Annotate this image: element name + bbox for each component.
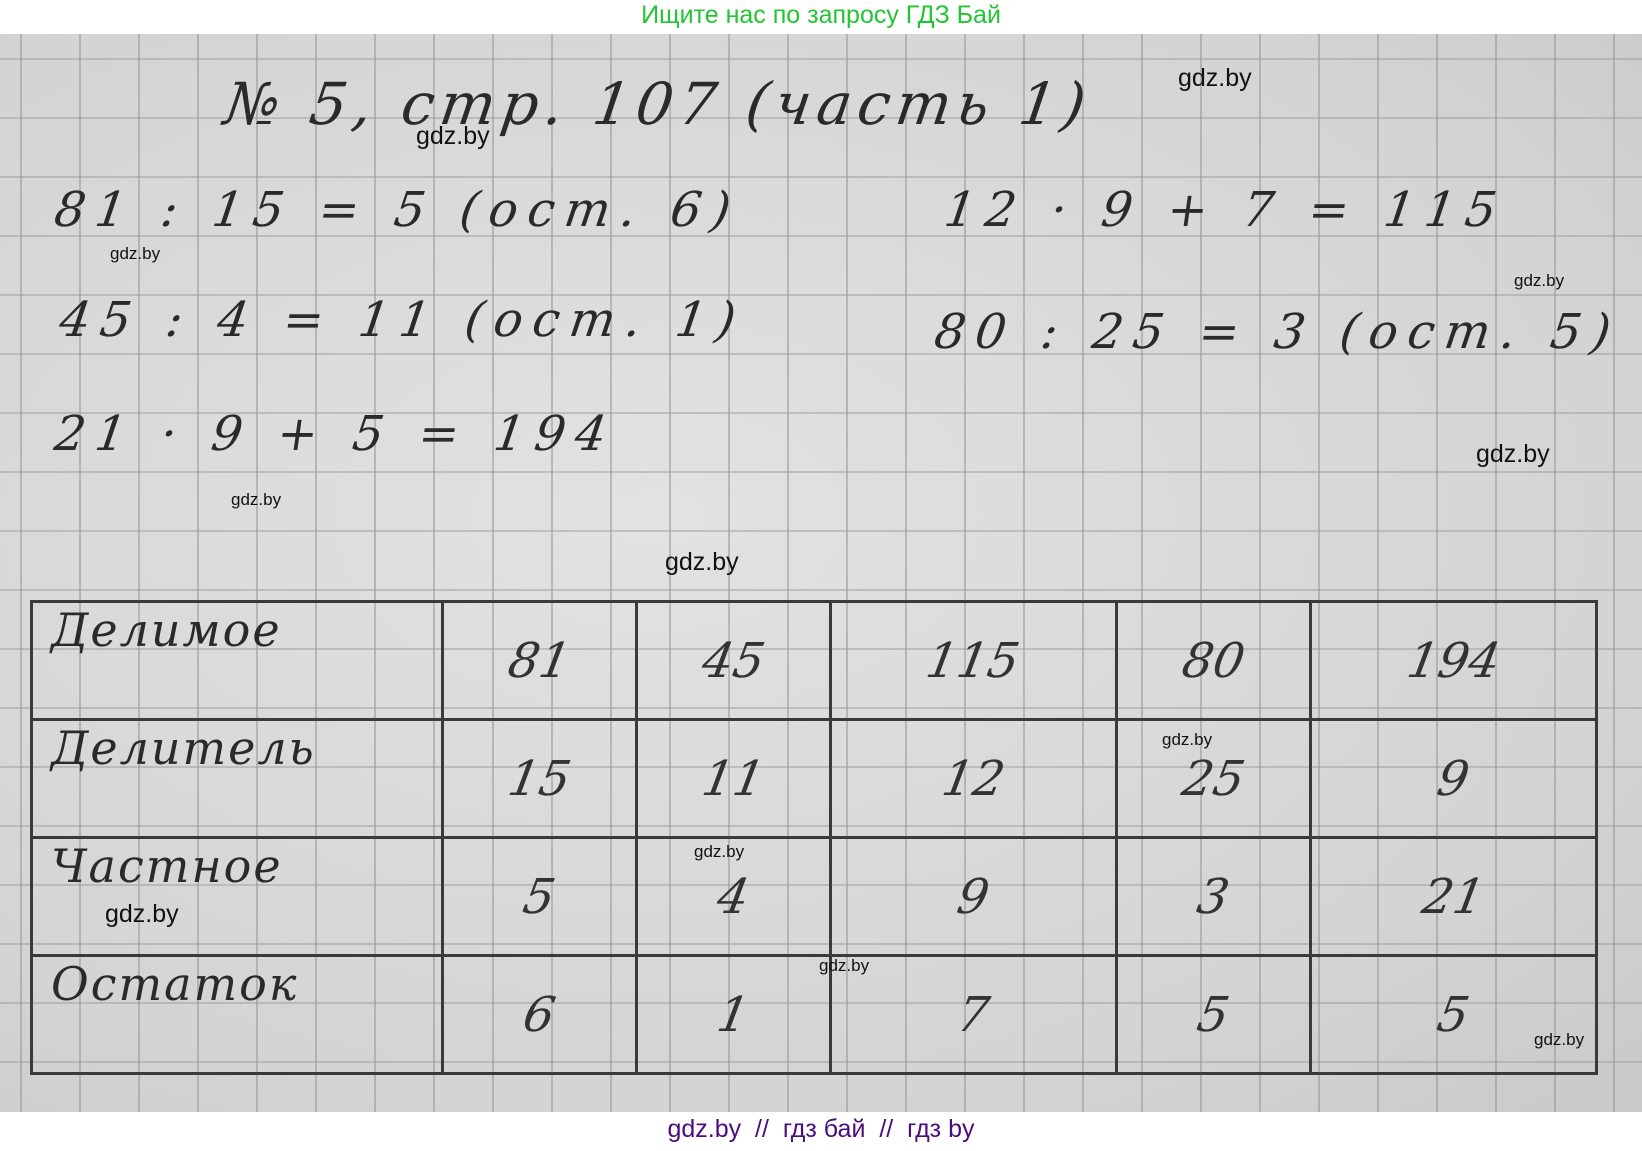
table-cell: 21 bbox=[1310, 838, 1596, 956]
table-cell: 15 bbox=[443, 720, 637, 838]
table-cell: 45 bbox=[636, 602, 830, 720]
table-cell: 80 bbox=[1116, 602, 1310, 720]
top-banner: Ищите нас по запросу ГДЗ Бай bbox=[0, 0, 1642, 34]
table-row: Делитель 15 11 12 25 9 bbox=[32, 720, 1597, 838]
row-label-quotient: Частное bbox=[32, 838, 443, 956]
equation-right-1: 12 · 9 + 7 = 115 bbox=[941, 182, 1510, 238]
table-cell: 12 bbox=[830, 720, 1116, 838]
table-cell: 9 bbox=[1310, 720, 1596, 838]
equation-right-2: 80 : 25 = 3 (ост. 5) bbox=[931, 304, 1624, 360]
division-table: Делимое 81 45 115 80 194 Делитель 15 11 … bbox=[30, 600, 1598, 1075]
watermark: gdz.by bbox=[105, 900, 179, 929]
table-cell: 5 bbox=[1310, 956, 1596, 1074]
table-row: Остаток 6 1 7 5 5 bbox=[32, 956, 1597, 1074]
table-cell: 1 bbox=[636, 956, 830, 1074]
watermark: gdz.by bbox=[1178, 64, 1252, 93]
watermark: gdz.by bbox=[819, 956, 869, 976]
row-label-divisor: Делитель bbox=[32, 720, 443, 838]
table-row: Делимое 81 45 115 80 194 bbox=[32, 602, 1597, 720]
watermark: gdz.by bbox=[665, 548, 739, 577]
table-cell: 5 bbox=[443, 838, 637, 956]
notebook-photo: № 5, стр. 107 (часть 1) 81 : 15 = 5 (ост… bbox=[0, 34, 1642, 1112]
table-cell: 6 bbox=[443, 956, 637, 1074]
watermark: gdz.by bbox=[1476, 440, 1550, 469]
equation-left-2: 45 : 4 = 11 (ост. 1) bbox=[56, 292, 749, 348]
table-cell: 11 bbox=[636, 720, 830, 838]
watermark: gdz.by bbox=[1514, 271, 1564, 291]
table-cell: 25 bbox=[1116, 720, 1310, 838]
watermark: gdz.by bbox=[416, 122, 490, 151]
table-cell: 194 bbox=[1310, 602, 1596, 720]
watermark: gdz.by bbox=[1162, 730, 1212, 750]
table-cell: 115 bbox=[830, 602, 1116, 720]
table-row: Частное 5 4 9 3 21 bbox=[32, 838, 1597, 956]
watermark: gdz.by bbox=[694, 842, 744, 862]
table-cell: 3 bbox=[1116, 838, 1310, 956]
table-cell: 5 bbox=[1116, 956, 1310, 1074]
watermark: gdz.by bbox=[231, 490, 281, 510]
exercise-title: № 5, стр. 107 (часть 1) bbox=[220, 70, 1096, 138]
row-label-dividend: Делимое bbox=[32, 602, 443, 720]
equation-left-1: 81 : 15 = 5 (ост. 6) bbox=[51, 182, 744, 238]
bottom-banner: gdz.by // гдз бай // гдз by bbox=[0, 1112, 1642, 1151]
watermark: gdz.by bbox=[1534, 1030, 1584, 1050]
watermark: gdz.by bbox=[110, 244, 160, 264]
table-cell: 7 bbox=[830, 956, 1116, 1074]
table-cell: 9 bbox=[830, 838, 1116, 956]
table-cell: 81 bbox=[443, 602, 637, 720]
row-label-remainder: Остаток bbox=[32, 956, 443, 1074]
equation-left-3: 21 · 9 + 5 = 194 bbox=[51, 406, 620, 462]
